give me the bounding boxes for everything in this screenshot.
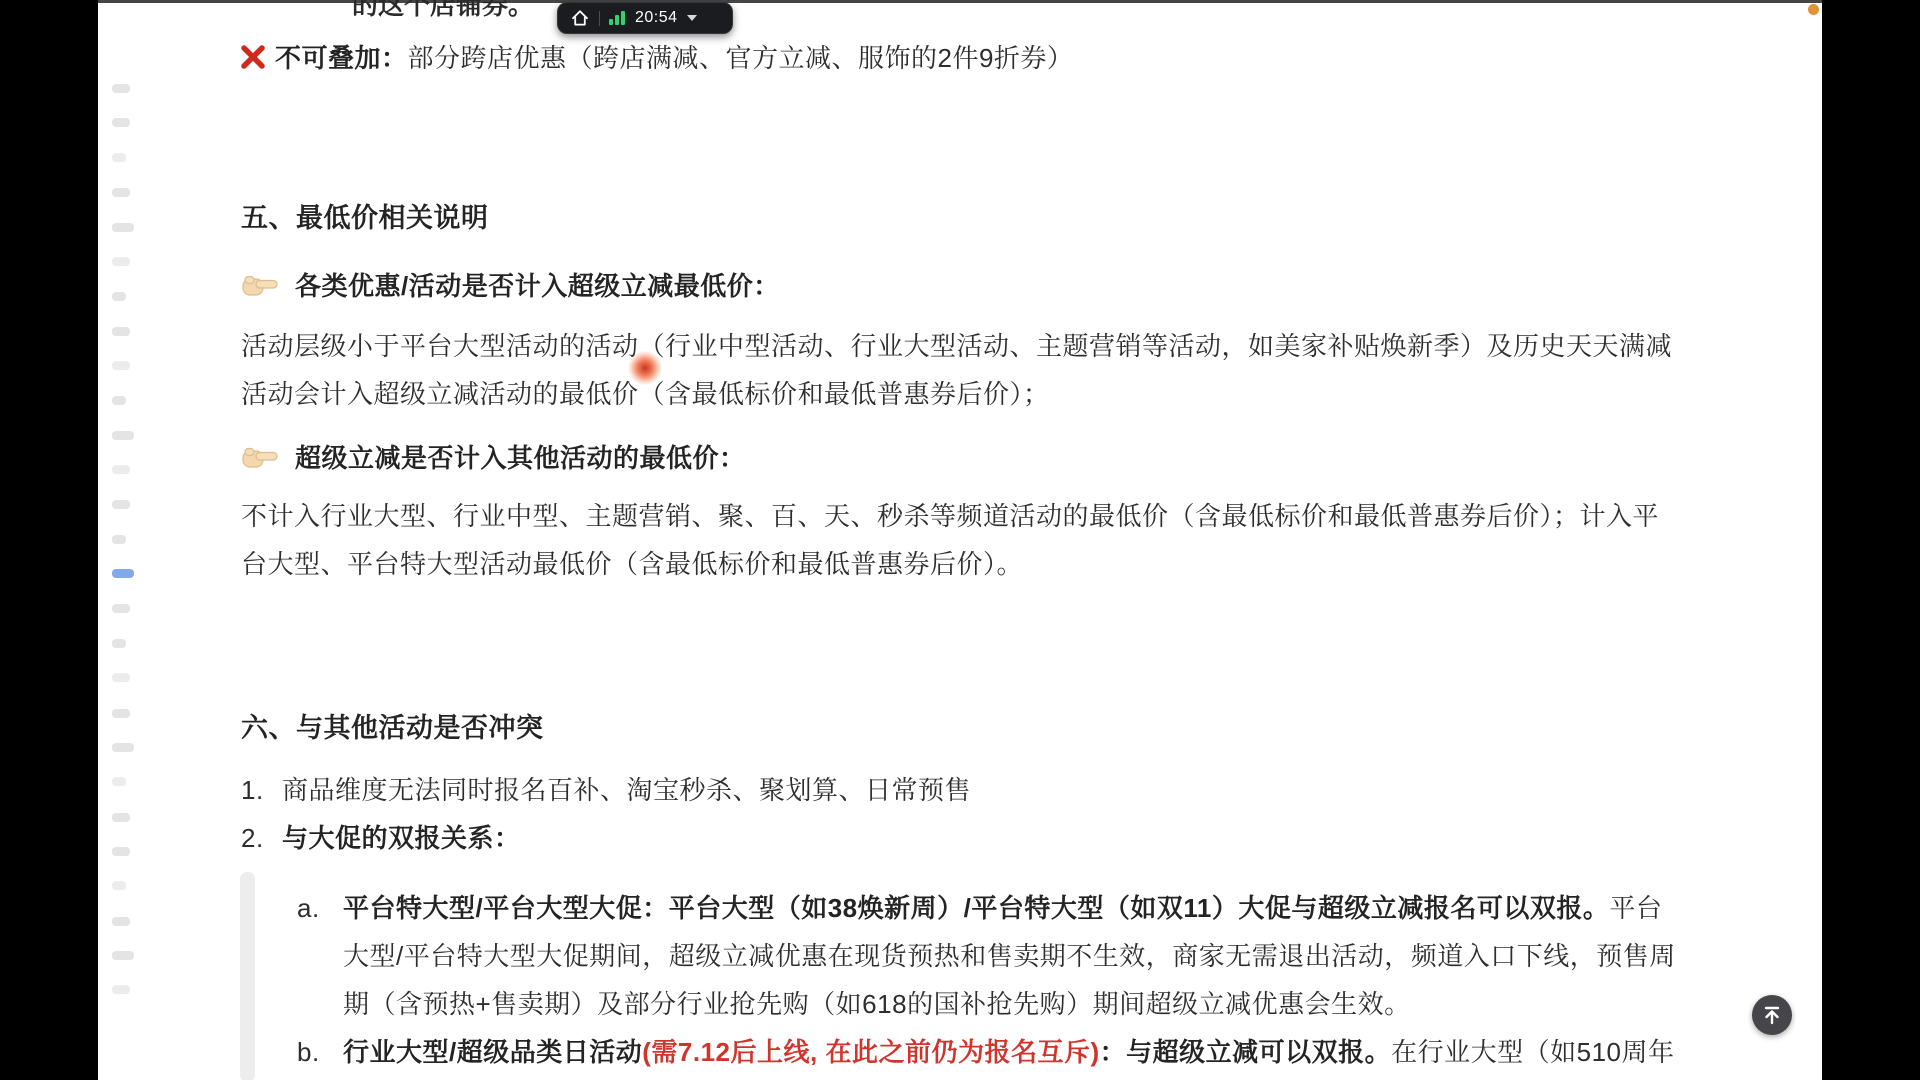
back-to-top-button[interactable] (1752, 995, 1792, 1035)
text-segment: 大型/平台特大型大促期间，超级立减优惠在现货预热和售卖期不生效，商家无需退出活动… (343, 941, 1676, 971)
point-line-1: 各类优惠/活动是否计入超级立减最低价： (241, 262, 780, 310)
sublist-item: a.平台特大型/平台大型大促：平台大型（如38焕新周）/平台特大型（如双11）大… (297, 884, 1662, 932)
outline-mark[interactable] (112, 917, 130, 926)
outline-mark[interactable] (112, 396, 126, 405)
section5-heading: 五、最低价相关说明 (241, 194, 489, 242)
outline-mark[interactable] (112, 881, 126, 890)
pointing-finger-emoji (241, 270, 279, 300)
outline-mark[interactable] (112, 500, 130, 509)
sublist-line: 期（含预热+售卖期）及部分行业抢先购（如618的国补抢先购）期间超级立减优惠会生… (343, 980, 1411, 1028)
annotation-marker-dot (1808, 4, 1819, 15)
list-item: 2.与大促的双报关系： (241, 814, 521, 862)
outline-mark-active[interactable] (112, 569, 134, 578)
outline-mark[interactable] (112, 813, 130, 822)
text-segment: 商品维度无法同时报名百补、淘宝秒杀、聚划算、日常预售 (282, 775, 971, 805)
outline-mark[interactable] (112, 847, 130, 856)
outline-mark[interactable] (112, 951, 134, 960)
text-segment: ：与超级立减可以双报。 (1100, 1037, 1392, 1067)
outline-mark[interactable] (112, 465, 130, 474)
document-page: 的这个店铺券。 不可叠加：部分跨店优惠（跨店满减、官方立减、服饰的2件9折券） … (98, 0, 1822, 1080)
outline-mark[interactable] (112, 257, 130, 266)
back-to-top-icon (1761, 1004, 1783, 1026)
letterbox-left (0, 0, 98, 1080)
point-line-2: 超级立减是否计入其他活动的最低价： (241, 434, 746, 482)
paragraph-line: 活动层级小于平台大型活动的活动（行业中型活动、行业大型活动、主题营销等活动，如美… (241, 322, 1672, 370)
letterbox-right (1822, 0, 1920, 1080)
list-number: 1. (241, 766, 282, 814)
list-item: 1.商品维度无法同时报名百补、淘宝秒杀、聚划算、日常预售 (241, 766, 971, 814)
toolbar-divider (599, 11, 600, 26)
outline-mark[interactable] (112, 84, 130, 93)
home-icon[interactable] (570, 8, 590, 28)
outline-mark[interactable] (112, 743, 134, 752)
outline-mark[interactable] (112, 153, 126, 162)
outline-mark[interactable] (112, 985, 130, 994)
no-stack-line: 不可叠加：部分跨店优惠（跨店满减、官方立减、服饰的2件9折券） (239, 34, 1073, 82)
outline-mark[interactable] (112, 292, 126, 301)
paragraph-line: 台大型、平台特大型活动最低价（含最低标价和最低普惠券后价）。 (241, 540, 1023, 588)
section6-heading: 六、与其他活动是否冲突 (241, 704, 544, 752)
outline-mark[interactable] (112, 431, 134, 440)
outline-mark[interactable] (112, 673, 130, 682)
text-segment: 期（含预热+售卖期）及部分行业抢先购（如618的国补抢先购）期间超级立减优惠会生… (343, 989, 1411, 1019)
outline-mark[interactable] (112, 361, 130, 370)
list-indent-bar (240, 872, 255, 1080)
text-segment: 行业大型/超级品类日活动 (343, 1037, 642, 1067)
red-cross-icon (239, 43, 267, 71)
page-outline-sidebar (112, 0, 202, 1080)
text-segment: 平台特大型/平台大型大促：平台大型（如38焕新周）/平台特大型（如双11）大促与… (343, 893, 1609, 923)
clock-time: 20:54 (635, 9, 678, 27)
text-segment: 不可叠加： (275, 43, 408, 73)
outline-mark[interactable] (112, 535, 126, 544)
text-segment: 部分跨店优惠（跨店满减、官方立减、服饰的2件9折券） (408, 43, 1074, 73)
text-segment: 在行业大型（如510周年 (1391, 1037, 1674, 1067)
outline-mark[interactable] (112, 777, 126, 786)
text-segment: 超级立减是否计入其他活动的最低价： (295, 443, 746, 473)
text-segment: (需7.12后上线, 在此之前仍为报名互斥) (642, 1037, 1099, 1067)
laser-pointer-dot (628, 351, 662, 385)
outline-mark[interactable] (112, 639, 126, 648)
paragraph-line: 不计入行业大型、行业中型、主题营销、聚、百、天、秒杀等频道活动的最低价（含最低标… (241, 492, 1659, 540)
outline-mark[interactable] (112, 118, 130, 127)
outline-mark[interactable] (112, 327, 130, 336)
status-toolbar[interactable]: 20:54 (557, 2, 733, 34)
sublist-letter: a. (297, 884, 343, 932)
outline-mark[interactable] (112, 188, 130, 197)
sublist-letter: b. (297, 1028, 343, 1076)
text-segment: 平台 (1609, 893, 1662, 923)
outline-mark[interactable] (112, 223, 134, 232)
sublist-line: 大型/平台特大型大促期间，超级立减优惠在现货预热和售卖期不生效，商家无需退出活动… (343, 932, 1676, 980)
caret-down-icon[interactable] (687, 15, 697, 21)
list-number: 2. (241, 814, 282, 862)
text-segment: 与大促的双报关系： (282, 823, 521, 853)
clipped-text-line: 的这个店铺券。 (352, 0, 534, 29)
text-segment: 各类优惠/活动是否计入超级立减最低价： (295, 271, 780, 301)
screen: 的这个店铺券。 不可叠加：部分跨店优惠（跨店满减、官方立减、服饰的2件9折券） … (0, 0, 1920, 1080)
pointing-finger-emoji (241, 442, 279, 472)
sublist-item: b.行业大型/超级品类日活动(需7.12后上线, 在此之前仍为报名互斥)：与超级… (297, 1028, 1675, 1076)
outline-mark[interactable] (112, 709, 130, 718)
signal-bars-icon (609, 11, 627, 25)
outline-mark[interactable] (112, 604, 130, 613)
